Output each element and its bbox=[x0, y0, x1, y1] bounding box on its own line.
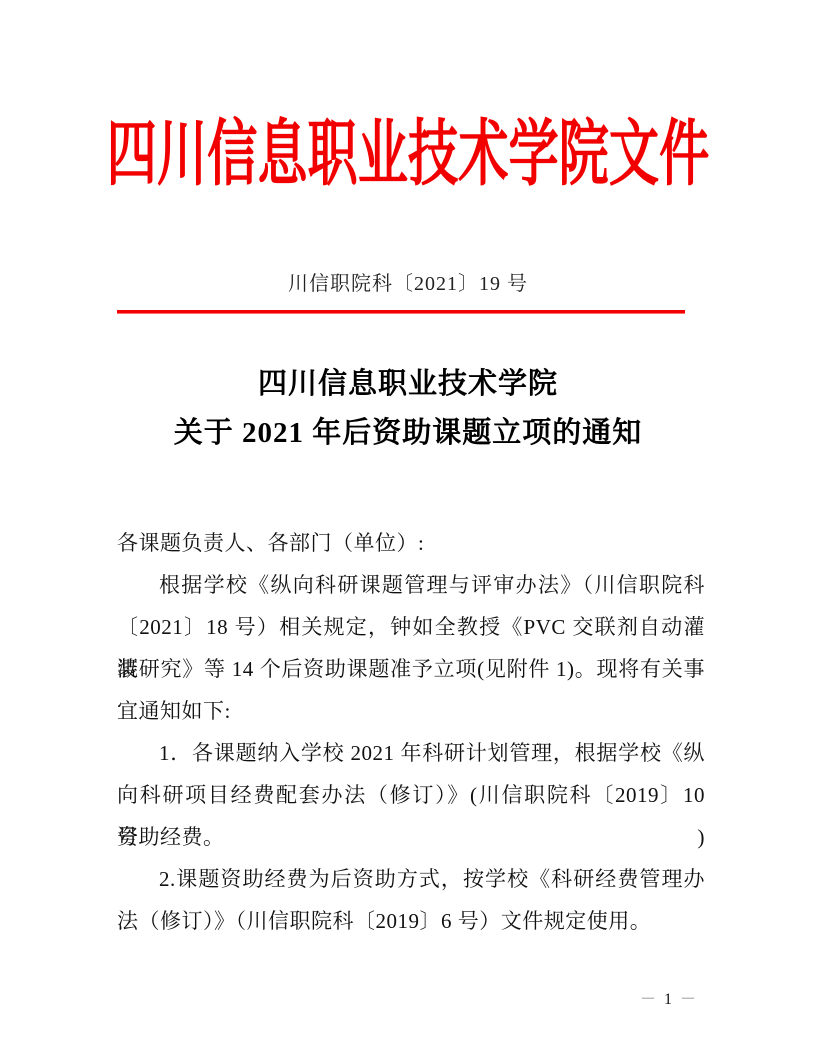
red-divider-line bbox=[117, 310, 685, 314]
body-line: 法（修订）》（川信职院科〔2019〕6 号）文件规定使用。 bbox=[117, 900, 705, 942]
body-line: 根据学校《纵向科研课题管理与评审办法》（川信职院科 bbox=[117, 564, 705, 606]
masthead-title: 四川信息职业技术学院文件 bbox=[107, 96, 710, 199]
body-line: 1．各课题纳入学校 2021 年科研计划管理，根据学校《纵 bbox=[117, 732, 705, 774]
body-line: 装研究》等 14 个后资助课题准予立项(见附件 1)。现将有关事 bbox=[117, 648, 705, 690]
page-number: － 1 － bbox=[640, 986, 698, 1009]
document-page: 四川信息职业技术学院文件 川信职院科〔2021〕19 号 四川信息职业技术学院 … bbox=[0, 0, 816, 1056]
body-text: 各课题负责人、各部门（单位）: 根据学校《纵向科研课题管理与评审办法》（川信职院… bbox=[117, 522, 705, 942]
notice-title-line-1: 四川信息职业技术学院 bbox=[0, 360, 816, 409]
page-number-dash-left: － bbox=[640, 991, 658, 1008]
body-line: 宜通知如下: bbox=[117, 690, 705, 732]
notice-title-line-2: 关于 2021 年后资助课题立项的通知 bbox=[0, 409, 816, 458]
page-number-dash-right: － bbox=[680, 991, 698, 1008]
body-line: 各课题负责人、各部门（单位）: bbox=[117, 522, 705, 564]
notice-title: 四川信息职业技术学院 关于 2021 年后资助课题立项的通知 bbox=[0, 360, 816, 458]
page-number-value: 1 bbox=[664, 991, 674, 1008]
body-line: 2.课题资助经费为后资助方式，按学校《科研经费管理办 bbox=[117, 858, 705, 900]
body-line: 向科研项目经费配套办法（修订）》(川信职院科〔2019〕10 号) bbox=[117, 774, 705, 816]
red-header: 四川信息职业技术学院文件 bbox=[0, 98, 816, 198]
body-line: 〔2021〕18 号）相关规定，钟如全教授《PVC 交联剂自动灌溉 bbox=[117, 606, 705, 648]
document-number: 川信职院科〔2021〕19 号 bbox=[0, 270, 816, 298]
